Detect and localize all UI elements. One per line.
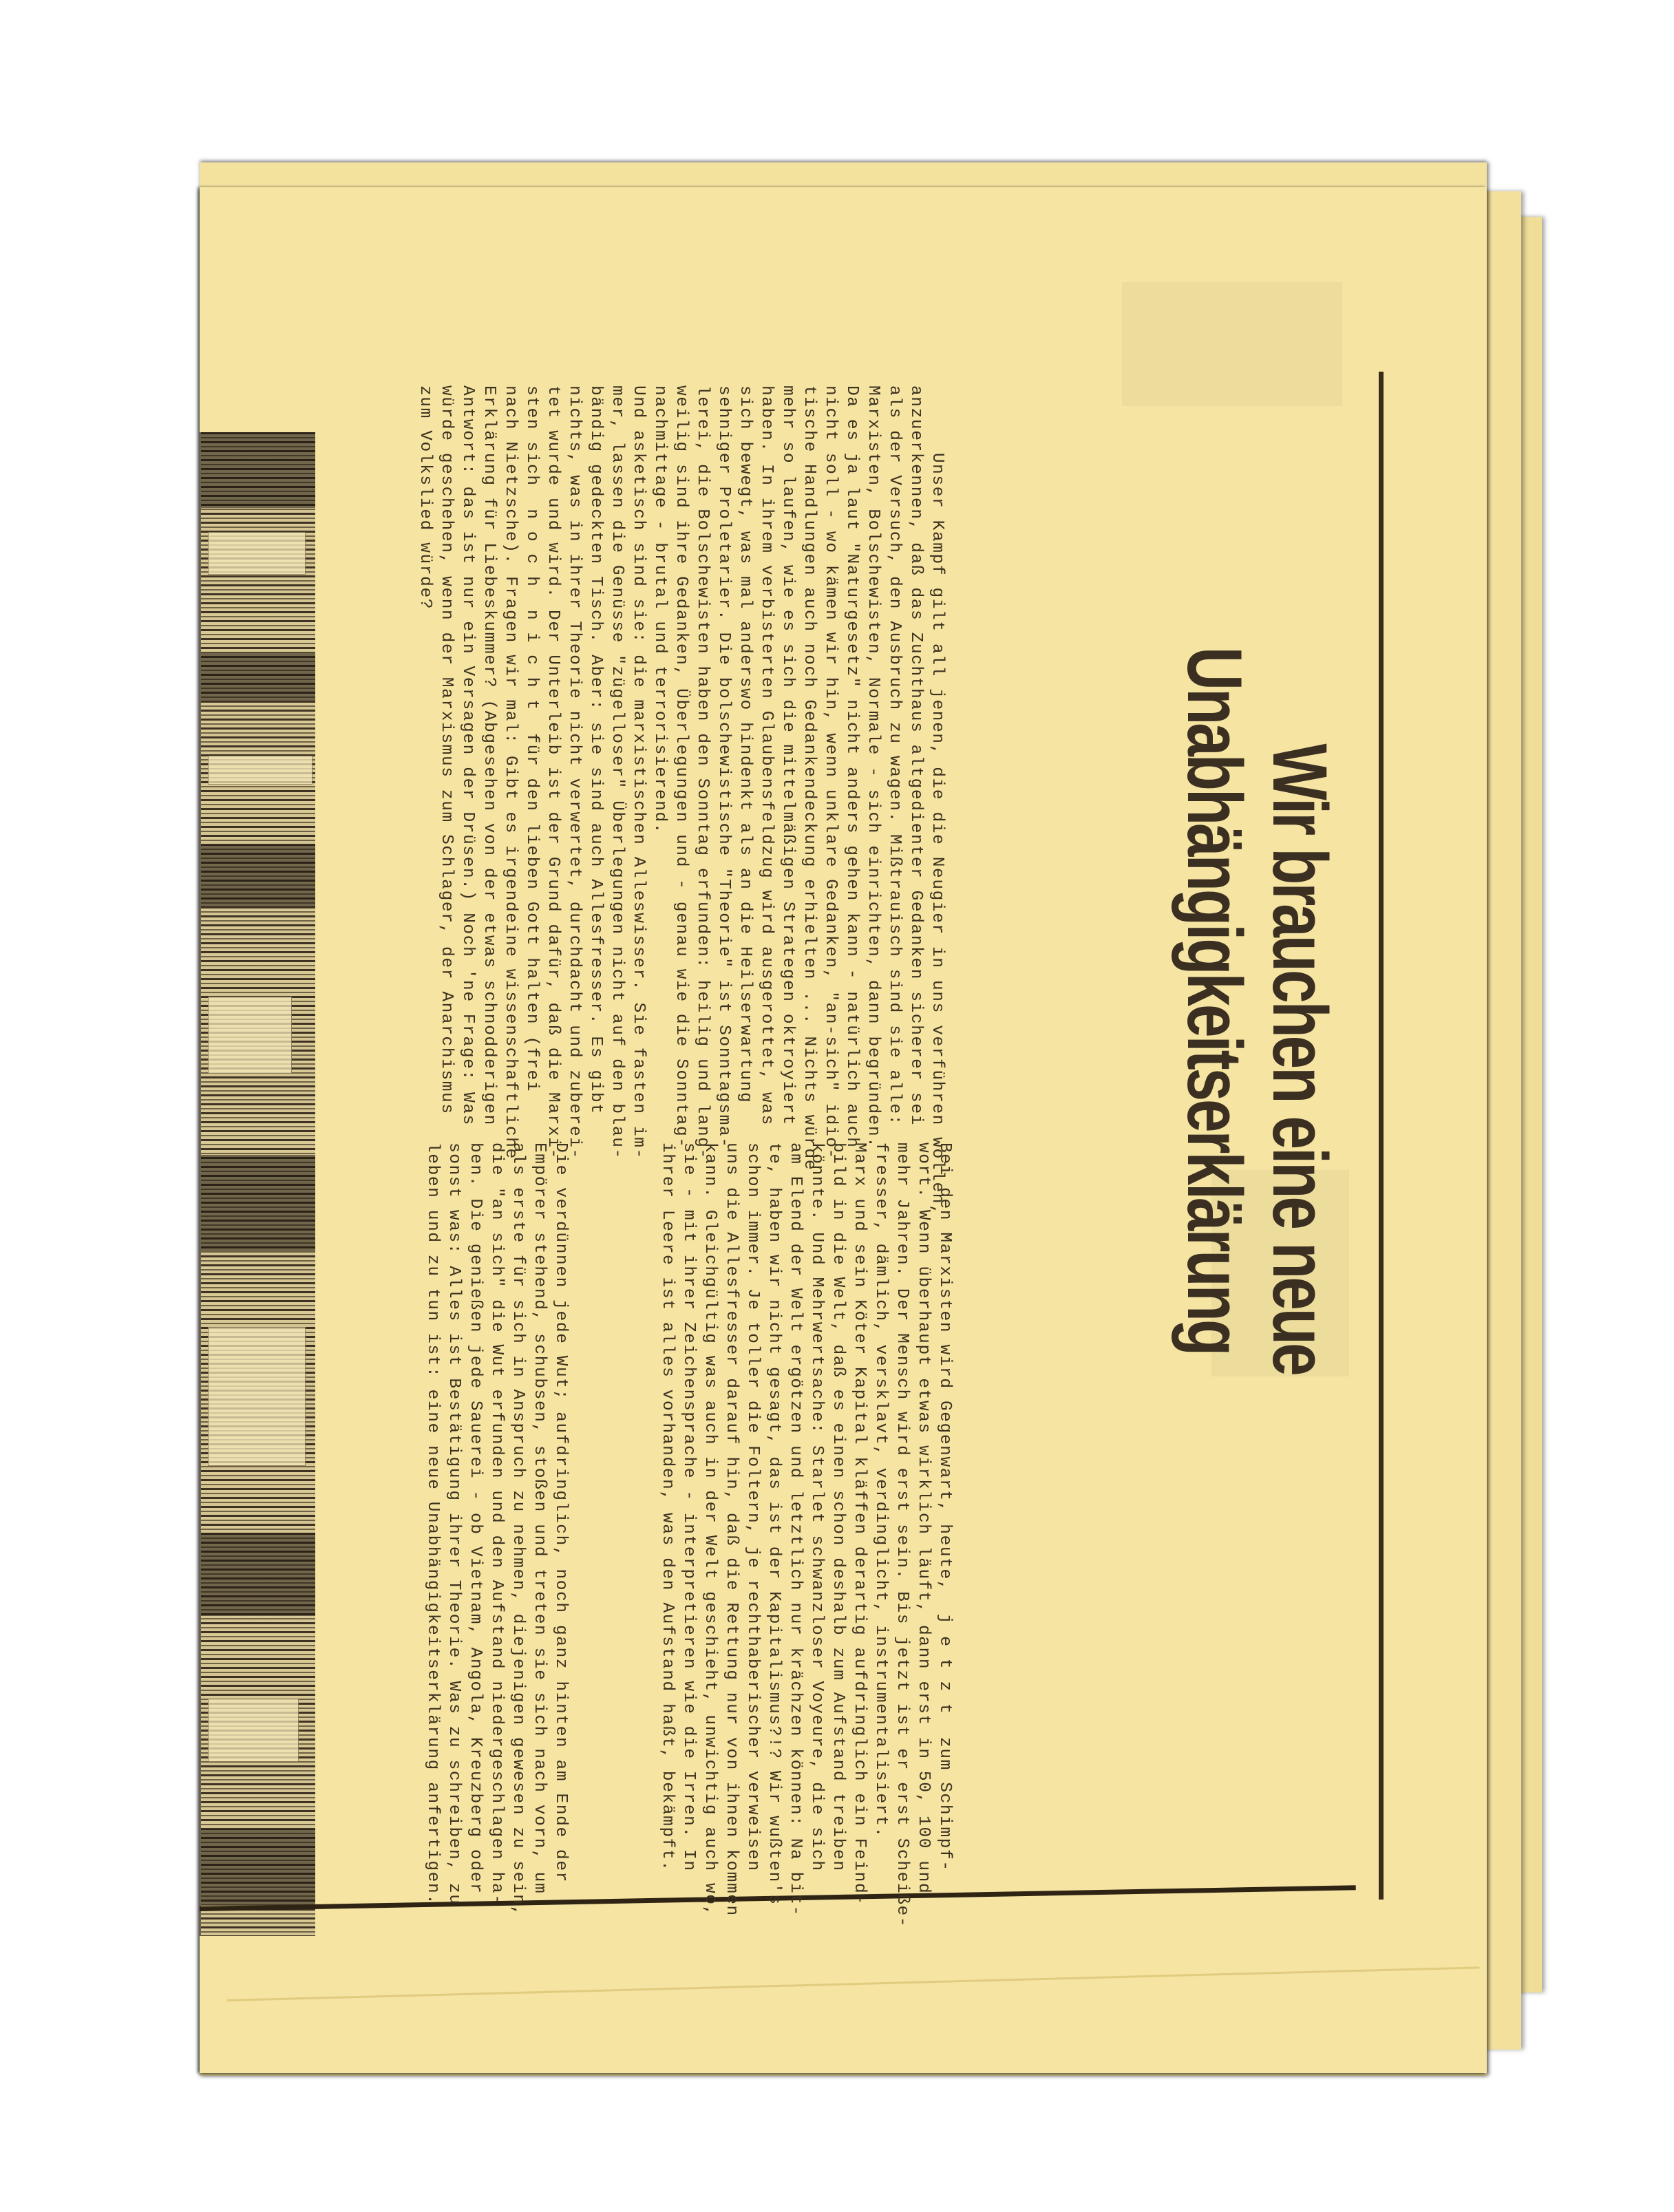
text-line: tet wurde und wird. Der Unterleib ist de… <box>544 385 562 1160</box>
rotated-article: Wir brauchen eine neue Unabhängigkeitser… <box>200 372 1384 1900</box>
paragraph: Die verdünnen jede Wut; aufdringlich, no… <box>422 1142 571 1928</box>
text-line: sten sich n o c h n i c h t für den lieb… <box>522 385 541 1092</box>
headline-line-1: Wir brauchen eine neue <box>1257 647 1342 1452</box>
text-line: am Elend der Welt ergötzen und letztlich… <box>786 1142 805 1917</box>
text-line: ihrer Leere ist alles vorhanden, was den… <box>658 1142 677 1872</box>
text-line: bild in die Welt, daß es einen schon des… <box>829 1142 847 1872</box>
text-line: nachmittage - brutal und terrorisierend. <box>650 385 669 834</box>
text-line: Die verdünnen jede Wut; aufdringlich, no… <box>551 1142 570 1883</box>
text-line: uns die Allesfresser darauf hin, daß die… <box>722 1142 741 1917</box>
text-line: als erste für sich in Anspruch zu nehmen… <box>509 1142 527 1917</box>
text-line: haben. In ihrem verbisterten Glaubensfel… <box>757 385 776 1126</box>
text-line: ben. Die genießen jede Sauerei - ob Viet… <box>466 1142 485 1894</box>
text-line: nicht soll - wo kämen wir hin, wenn unkl… <box>821 385 840 1160</box>
paragraph: Bei den Marxisten wird Gegenwart, heute,… <box>657 1142 955 1928</box>
text-line: mehr Jahren. Der Mensch wird erst sein. … <box>893 1142 911 1928</box>
text-line: schon immer. Je toller die Foltern, je r… <box>743 1142 762 1872</box>
text-line: sehniger Proletarier. Die bolschewistisc… <box>714 385 733 1149</box>
top-rule <box>1379 372 1384 1900</box>
text-line: Antwort: das ist nur ein Versagen der Dr… <box>458 385 477 1126</box>
text-line: mehr so laufen, wie es sich die mittelmä… <box>778 385 797 1126</box>
text-line: lerei, die Bolschewisten haben den Sonnt… <box>693 385 712 1160</box>
text-line: Bei den Marxisten wird Gegenwart, heute,… <box>935 1142 954 1872</box>
text-line: anzuerkennen, daß das Zuchthaus altgedie… <box>907 385 925 1126</box>
text-line: Marx und sein Köter Kapital kläffen dera… <box>850 1142 869 1906</box>
text-line: würde geschehen, wenn der Marxismus zum … <box>437 385 456 1115</box>
text-line: fresser, dämlich, versklavt, verdinglich… <box>871 1142 890 1838</box>
text-line: sich bewegt, was mal anderswo hindenkt a… <box>736 385 754 1103</box>
text-line: Und asketisch sind sie: die marxistische… <box>629 385 648 1160</box>
headline-line-2: Unabhängigkeitserklärung <box>1172 647 1257 1452</box>
text-line: die "an sich" die Wut erfunden und den A… <box>487 1142 506 1906</box>
left-column: Unser Kampf gilt all jenen, die die Neug… <box>350 385 1012 1215</box>
text-line: als der Versuch, den Ausbruch zu wagen. … <box>885 385 904 1126</box>
text-line: mer, lassen die Genüsse "zügelloser" Übe… <box>608 385 626 1160</box>
text-line: bändig gedeckten Tisch. Aber: sie sind a… <box>586 385 605 1115</box>
text-line: Erklärung für Liebeskummer? (Abgesehen v… <box>480 385 498 1126</box>
headline: Wir brauchen eine neue Unabhängigkeitser… <box>1172 647 1342 1452</box>
paragraph: Unser Kampf gilt all jenen, die die Neug… <box>393 385 969 1215</box>
text-line: Marxisten, Bolschewisten, Normale - sich… <box>864 385 882 1149</box>
text-line: sie - mit ihrer Zeichensprache - interpr… <box>679 1142 698 1872</box>
text-line: Unser Kampf gilt all jenen, die die Neug… <box>928 453 946 1216</box>
right-column: Bei den Marxisten wird Gegenwart, heute,… <box>379 1142 998 1928</box>
text-line: könnte. Und Mehrwertsache: Starlet schwa… <box>807 1142 826 1872</box>
text-line: leben und zu tun ist: eine neue Unabhäng… <box>423 1142 442 1906</box>
text-line: nach Nietzsche). Fragen wir mal: Gibt es… <box>501 385 520 1160</box>
text-line: te, haben wir nicht gesagt, das ist der … <box>765 1142 783 1906</box>
text-line: wort. Wenn überhaupt etwas wirklich läuf… <box>914 1142 933 1894</box>
text-line: sonst was: Alles ist Bestätigung ihrer T… <box>445 1142 463 1906</box>
text-line: kann. Gleichgültig was auch in der Welt … <box>701 1142 719 1917</box>
text-line: nichts, was in ihrer Theorie nicht verwe… <box>565 385 584 1160</box>
text-line: Empörer stehend, schubsen, stoßen und tr… <box>530 1142 549 1894</box>
text-line: weilig sind ihre Gedanken, Überlegungen … <box>672 385 690 1149</box>
text-line: Da es ja laut "Naturgesetz" nicht anders… <box>843 385 861 1149</box>
text-line: tische Handlungen auch noch Gedankendeck… <box>800 385 818 1171</box>
text-line: zum Volkslied würde? <box>416 385 434 610</box>
